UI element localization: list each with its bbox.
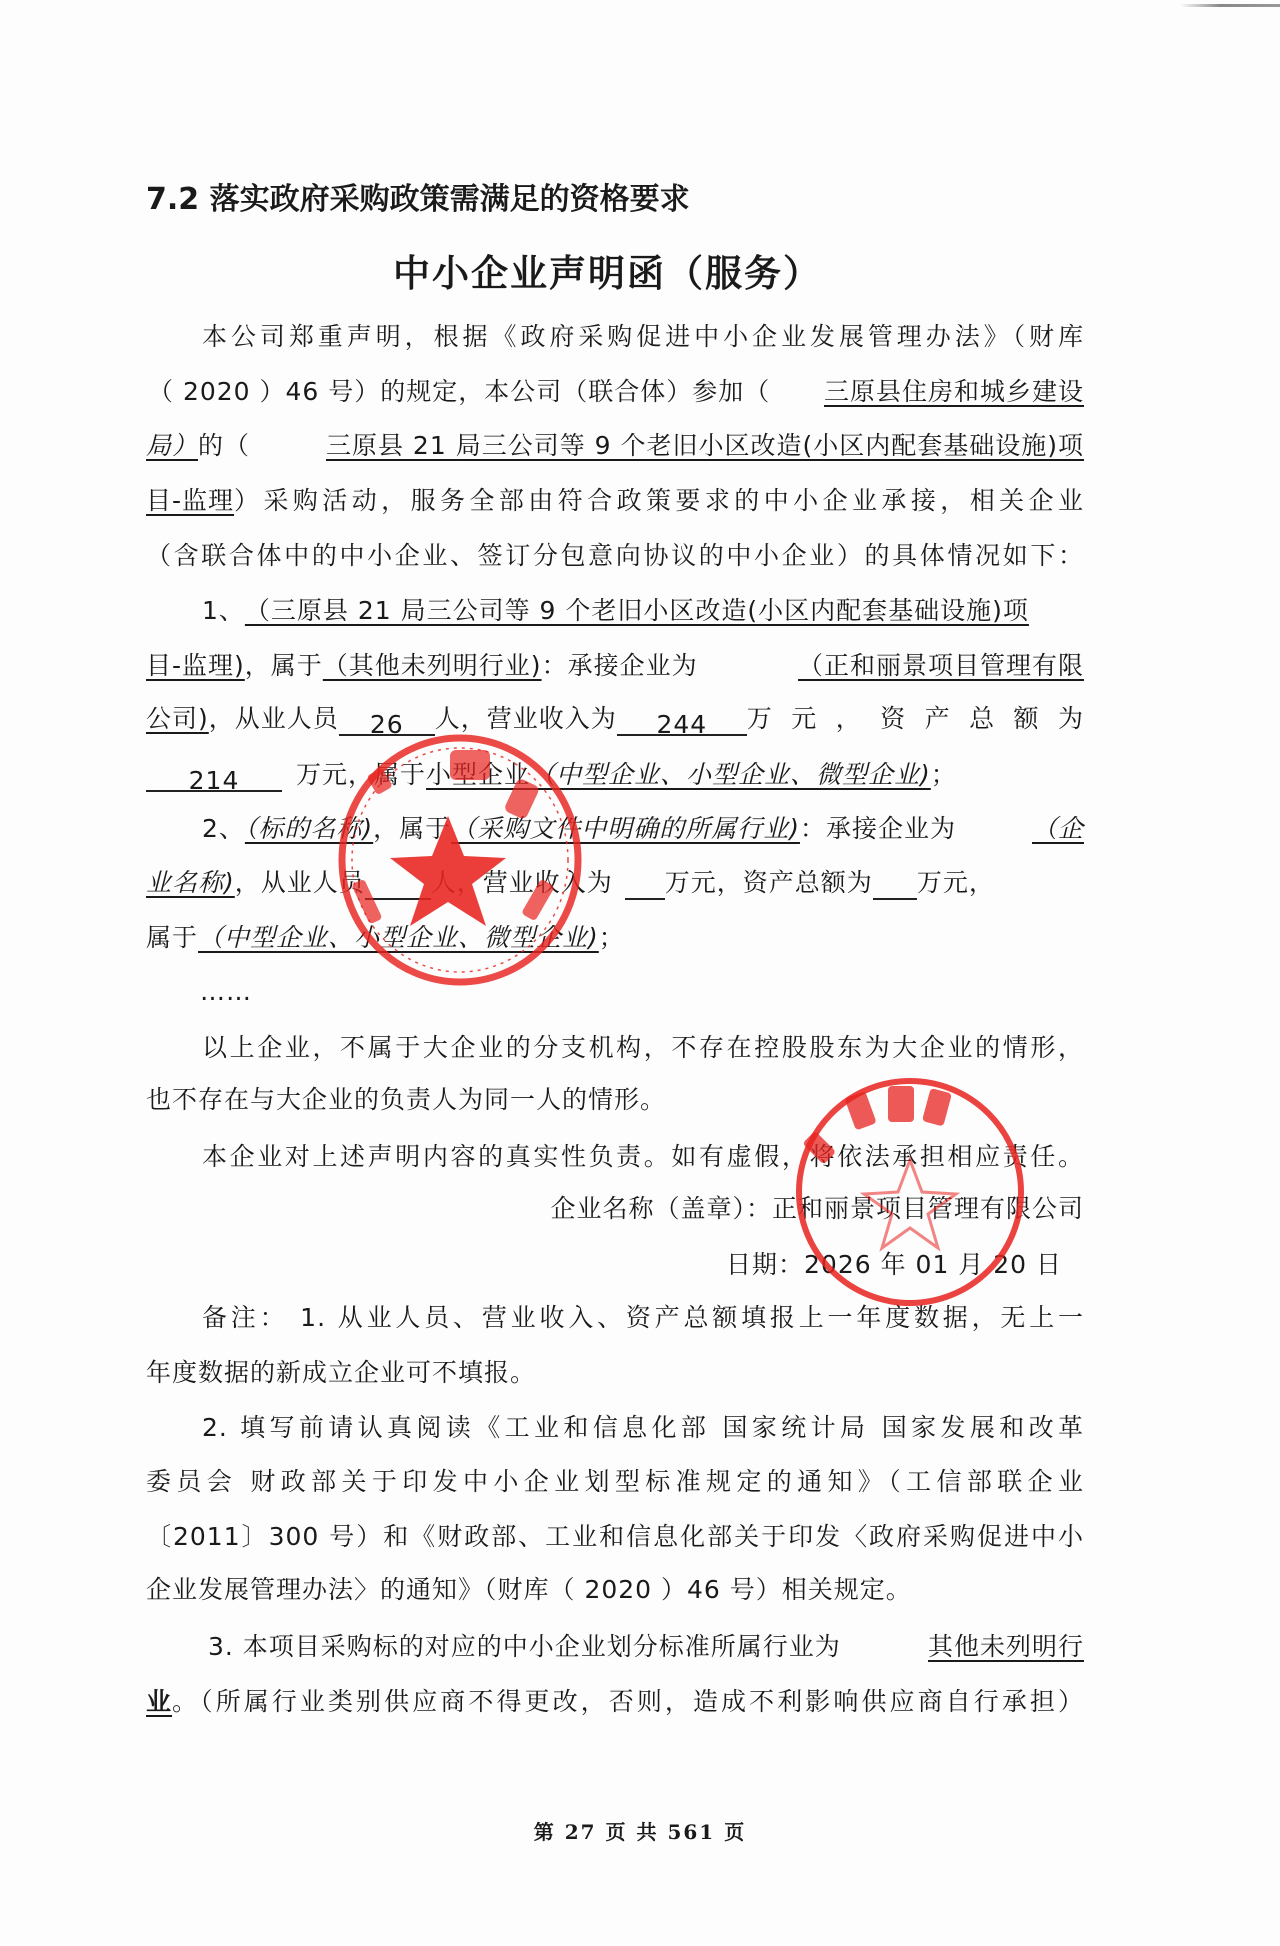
item2-prefix: 2、	[202, 814, 245, 843]
intro-line-2: （ 2020 ）46 号）的规定，本公司（联合体）参加（ 三原县住房和城乡建设	[148, 375, 1084, 409]
page-footer: 第 27 页 共 561 页	[0, 1816, 1280, 1845]
date-value: 2026 年 01 月 20 日	[804, 1250, 1062, 1279]
item1-industry: （其他未列明行业)	[323, 651, 542, 680]
item1-revenue-unit: 万元，资产总额为	[747, 702, 1084, 736]
note3-line-1: 3. 本项目采购标的对应的中小企业划分标准所属行业为 其他未列明行	[208, 1630, 1084, 1664]
note2-line-4: 企业发展管理办法〉的通知》（财库（ 2020 ）46 号）相关规定。	[146, 1573, 912, 1607]
intro-line-2-text: （ 2020 ）46 号）的规定，本公司（联合体）参加（	[148, 375, 770, 409]
intro-line-4-text: ）采购活动，服务全部由符合政策要求的中小企业承接，相关企业	[234, 484, 1084, 518]
item1-contractor-label: ：承接企业为	[542, 651, 698, 680]
note2-line-3: 〔2011〕300 号）和《财政部、工业和信息化部关于印发〈政府采购促进中小	[146, 1520, 1084, 1554]
project-name: 三原县 21 局三公司等 9 个老旧小区改造(小区内配套基础设施)项	[326, 429, 1084, 463]
date-line: 日期：2026 年 01 月 20 日	[600, 1248, 1062, 1282]
note3-industry-end: 业	[146, 1685, 172, 1719]
item1-size-options: （中型企业、小型企业、微型企业)	[530, 758, 931, 792]
note3-rest: 。（所属行业类别供应商不得更改，否则，造成不利影响供应商自行承担）	[172, 1685, 1084, 1719]
intro-line-4: 目-监理 ）采购活动，服务全部由符合政策要求的中小企业承接，相关企业	[146, 484, 1084, 518]
document-page: 7.2 落实政府采购政策需满足的资格要求 中小企业声明函（服务） 本公司郑重声明…	[0, 0, 1280, 1946]
item2-revenue-unit: 万元，资产总额为	[665, 866, 873, 900]
item2-company: （企	[1032, 812, 1084, 846]
note3-text: 3. 本项目采购标的对应的中小企业划分标准所属行业为	[208, 1630, 841, 1664]
item1-assets-value: 214	[146, 764, 282, 792]
purchaser-name-end: 局）	[146, 431, 198, 460]
note3-industry: 其他未列明行	[928, 1630, 1084, 1664]
intro-line-5: （含联合体中的中小企业、签订分包意向协议的中小企业）的具体情况如下：	[146, 539, 1084, 573]
item2-subject: （标的名称)	[245, 814, 373, 843]
item2-assets-unit: 万元，	[917, 866, 995, 900]
item1-assets-unit: 万元，属于	[296, 758, 426, 792]
item2-revenue-blank[interactable]	[625, 872, 665, 900]
section-heading: 7.2 落实政府采购政策需满足的资格要求	[146, 183, 690, 217]
item1-size: 小型企业	[426, 758, 530, 792]
item1-line-4: 214 万元，属于 小型企业 （中型企业、小型企业、微型企业) ；	[146, 758, 1084, 792]
signature-label: 企业名称（盖章）：	[550, 1194, 772, 1223]
date-label: 日期：	[726, 1250, 804, 1279]
item1-belongs-label: ，属于	[245, 651, 323, 680]
item2-contractor-label: ：承接企业为	[800, 814, 956, 843]
item1-employees-label: ，从业人员	[209, 702, 339, 736]
item1-revenue-value: 244	[617, 708, 747, 736]
item2-line-2: 业名称) ，从业人员 人，营业收入为 万元，资产总额为 万元，	[146, 866, 1084, 900]
item1-company-end: 公司)	[146, 702, 209, 736]
note1-line-1: 备注： 1. 从业人员、营业收入、资产总额填报上一年度数据，无上一	[202, 1301, 1084, 1335]
item1-project-end: 目-监理)	[146, 651, 245, 680]
item1-company: （正和丽景项目管理有限	[798, 649, 1084, 683]
note1-line-2: 年度数据的新成立企业可不填报。	[146, 1356, 536, 1390]
page-title: 中小企业声明函（服务）	[393, 252, 822, 296]
ellipsis: ……	[200, 975, 252, 1009]
statement-line-2: 也不存在与大企业的负责人为同一人的情形。	[146, 1083, 666, 1117]
item2-size-options: （中型企业、小型企业、微型企业)	[198, 923, 599, 952]
item2-belongs2: 属于	[146, 923, 198, 952]
item2-company-end: 业名称)	[146, 866, 235, 900]
item1-line-3: 公司) ，从业人员 26 人，营业收入为 244 万元，资产总额为	[146, 702, 1084, 736]
item2-employees-unit: 人，营业收入为	[431, 866, 613, 900]
signature-line: 企业名称（盖章）：正和丽景项目管理有限公司	[504, 1192, 1084, 1226]
item2-belongs-label: ，属于	[373, 814, 451, 843]
purchaser-name: 三原县住房和城乡建设	[824, 375, 1084, 409]
item2-employees-blank[interactable]	[365, 872, 431, 900]
statement-line-1: 以上企业，不属于大企业的分支机构，不存在控股股东为大企业的情形，	[202, 1031, 1084, 1065]
intro-line-1: 本公司郑重声明，根据《政府采购促进中小企业发展管理办法》（财库	[202, 320, 1084, 354]
item1-end: ；	[931, 758, 957, 792]
item1-employees-unit: 人，营业收入为	[435, 702, 617, 736]
top-edge-shadow	[1180, 4, 1280, 7]
item1-employees-value: 26	[339, 708, 435, 736]
note2-line-2: 委员会 财政部关于印发中小企业划型标准规定的通知》（工信部联企业	[146, 1465, 1084, 1499]
item2-employees-label: ，从业人员	[235, 866, 365, 900]
item1-line-2: 目-监理)，属于（其他未列明行业)：承接企业为 （正和丽景项目管理有限	[146, 649, 1084, 683]
item2-assets-blank[interactable]	[873, 872, 917, 900]
item2-line-1: 2、（标的名称)，属于（采购文件中明确的所属行业)：承接企业为 （企	[202, 812, 1084, 846]
item2-line-3: 属于（中型企业、小型企业、微型企业)；	[146, 921, 625, 955]
item2-end: ；	[599, 923, 625, 952]
item1-prefix: 1、	[202, 594, 245, 628]
intro-connector: 的（	[198, 431, 250, 460]
project-name-end: 目-监理	[146, 484, 234, 518]
item2-industry: （采购文件中明确的所属行业)	[451, 814, 800, 843]
note3-line-2: 业 。（所属行业类别供应商不得更改，否则，造成不利影响供应商自行承担）	[146, 1685, 1084, 1719]
note2-line-1: 2. 填写前请认真阅读《工业和信息化部 国家统计局 国家发展和改革	[202, 1411, 1084, 1445]
company-name: 正和丽景项目管理有限公司	[772, 1194, 1084, 1223]
intro-line-3: 局）的（ 三原县 21 局三公司等 9 个老旧小区改造(小区内配套基础设施)项	[146, 429, 1084, 463]
responsibility-statement: 本企业对上述声明内容的真实性负责。如有虚假，将依法承担相应责任。	[202, 1140, 1084, 1174]
item1-project: （三原县 21 局三公司等 9 个老旧小区改造(小区内配套基础设施)项	[245, 594, 1084, 628]
item1-line-1: 1、 （三原县 21 局三公司等 9 个老旧小区改造(小区内配套基础设施)项	[202, 594, 1084, 628]
